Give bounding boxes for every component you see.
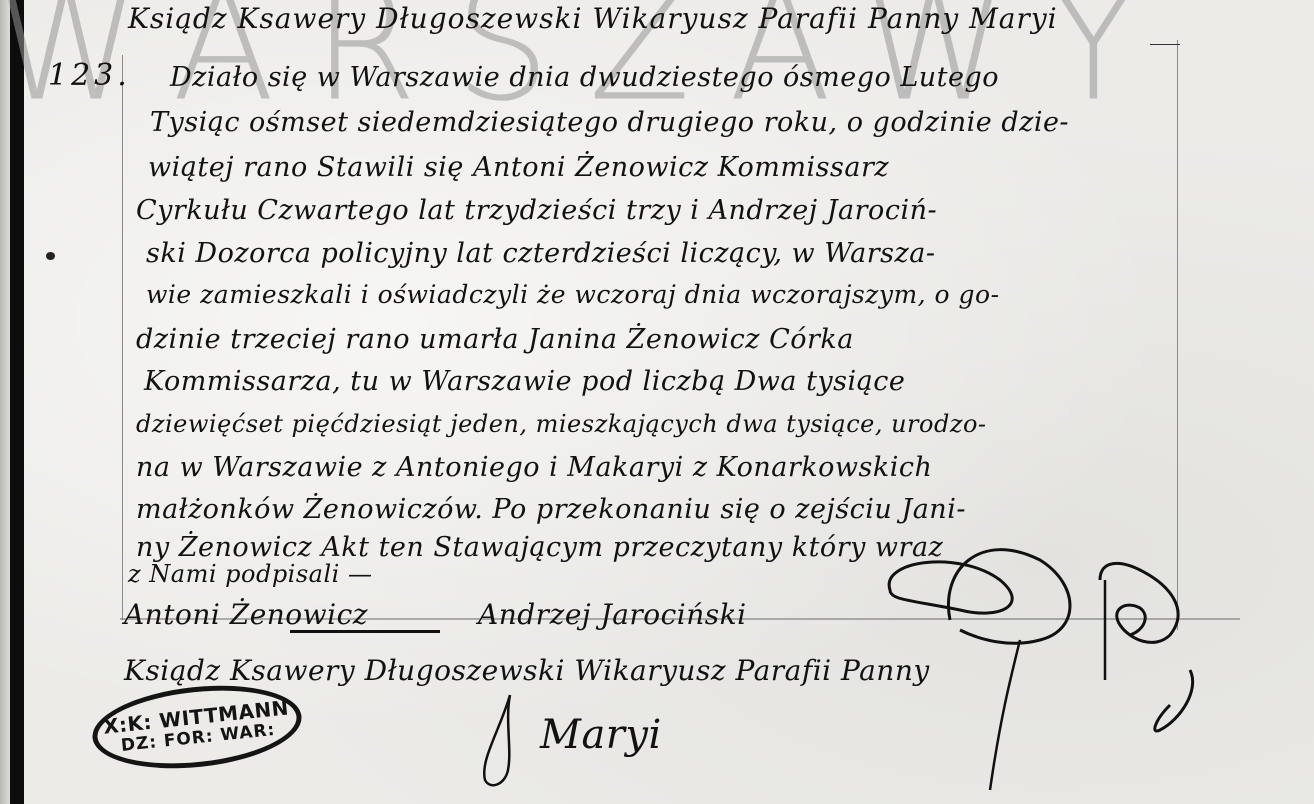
signature-officiant: Ksiądz Ksawery Długoszewski Wikaryusz Pa…: [124, 654, 930, 687]
officiant-loop: [460, 690, 540, 800]
body-line-2: Tysiąc ośmset siedemdziesiątego drugiego…: [150, 107, 1069, 138]
body-line-3: wiątej rano Stawili się Antoni Żenowicz …: [148, 152, 889, 183]
signature-officiant-cont: Maryi: [540, 712, 662, 758]
body-line-11: małżonków Żenowiczów. Po przekonaniu się…: [136, 494, 966, 525]
binding-shadow: [0, 0, 10, 804]
document-page: WARSZAWY Ksiądz Ksawery Długoszewski Wik…: [0, 0, 1314, 804]
body-line-13: z Nami podpisali —: [128, 560, 372, 588]
top-rule-tick: [1150, 44, 1180, 45]
body-line-9: dziewięćset pięćdziesiąt jeden, mieszkaj…: [136, 410, 987, 438]
act-number: 123.: [48, 58, 131, 93]
left-margin-rule: [122, 55, 123, 385]
body-line-7: dzinie trzeciej rano umarła Janina Żenow…: [136, 324, 854, 355]
signature-underline: [290, 630, 440, 633]
body-line-5: ski Dozorca policyjny lat czterdzieści l…: [146, 238, 935, 269]
ink-blot: [46, 252, 55, 260]
archive-stamp: X:K: WITTMANN DZ: FOR: WAR:: [88, 676, 305, 778]
binding-edge: [10, 0, 24, 804]
body-line-4: Cyrkułu Czwartego lat trzydzieści trzy i…: [136, 195, 937, 226]
body-line-6: wie zamieszkali i oświadczyli że wczoraj…: [146, 280, 1000, 309]
body-line-10: na w Warszawie z Antoniego i Makaryi z K…: [136, 452, 932, 483]
signature-witness-1: Antoni Żenowicz: [124, 598, 368, 631]
header-line: Ksiądz Ksawery Długoszewski Wikaryusz Pa…: [128, 2, 1058, 35]
signature-witness-2: Andrzej Jarociński: [478, 598, 747, 631]
body-line-12: ny Żenowicz Akt ten Stawającym przeczyta…: [136, 532, 943, 563]
left-margin-rule-lower: [122, 385, 123, 620]
officiant-flourish: [870, 540, 1210, 800]
body-line-1: Działo się w Warszawie dnia dwudziestego…: [170, 62, 999, 93]
body-line-8: Kommissarza, tu w Warszawie pod liczbą D…: [144, 366, 905, 397]
